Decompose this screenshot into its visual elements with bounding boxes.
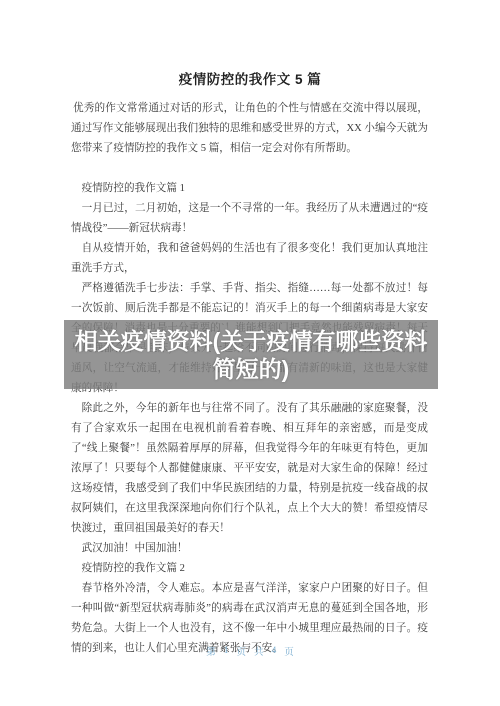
total-pages-label: 页: [284, 644, 294, 658]
essay-1-paragraph: 自从疫情开始，我和爸爸妈妈的生活也有了很多变化！我们更加认真地注重洗手方式，: [71, 239, 428, 279]
related-link-overlay[interactable]: 相关疫情资料(关于疫情有哪些资料简短的): [64, 320, 438, 389]
page-footer: 第 1 页 共 4 页: [0, 644, 500, 658]
current-page-number: 1: [224, 646, 229, 656]
document-page: 疫情防控的我作文 5 篇 优秀的作文常常通过对话的形式，让角色的个性与情感在交流…: [0, 0, 500, 706]
page-title: 疫情防控的我作文 5 篇: [0, 68, 500, 88]
page-label: 页: [236, 644, 246, 658]
related-link-text: 相关疫情资料(关于疫情有哪些资料简短的): [64, 327, 438, 383]
essay-2-heading: 疫情防控的我作文篇 2: [71, 559, 428, 579]
essay-1-heading: 疫情防控的我作文篇 1: [71, 179, 428, 199]
essay-1-paragraph: 一月已过，二月初始，这是一个不寻常的一年。我经历了从未遭遇过的“疫情战役”——新…: [71, 199, 428, 239]
total-label: 共: [254, 644, 264, 658]
page-label-prefix: 第: [206, 644, 216, 658]
essay-1-paragraph: 除此之外，今年的新年也与往常不同了。没有了其乐融融的家庭聚餐，没有了合家欢乐一起…: [71, 399, 428, 539]
total-pages-number: 4: [272, 646, 277, 656]
essay-1-paragraph: 武汉加油！中国加油！: [71, 539, 428, 559]
intro-paragraph: 优秀的作文常常通过对话的形式，让角色的个性与情感在交流中得以展现，通过写作文能够…: [71, 99, 428, 159]
